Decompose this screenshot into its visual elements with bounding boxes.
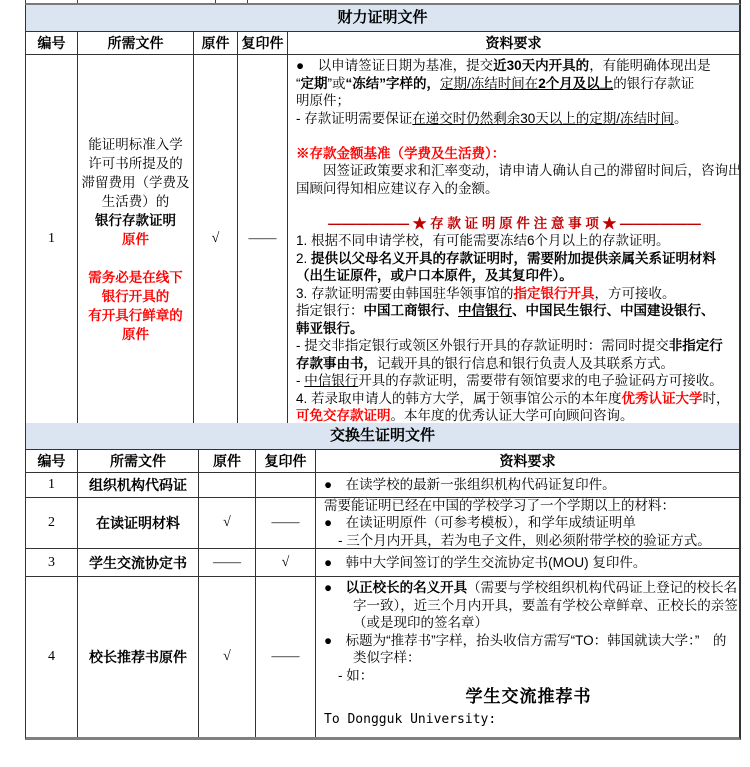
section-title-financial: 财力证明文件 — [26, 5, 739, 32]
text-line: 许可书所提及的 — [78, 154, 193, 173]
text-line: 存款事由书，记载开具的银行信息和银行负责人及其联系方式。 — [296, 355, 733, 373]
original-check-cell: —— — [199, 549, 256, 576]
document-name-cell: 能证明标准入学许可书所提及的滞留费用（学费及生活费）的银行存款证明原件 需务必是… — [78, 55, 194, 423]
text-line: 3. 存款证明需要由韩国驻华领事馆的指定银行开具，方可接收。 — [296, 285, 733, 303]
text-line: 原件 — [78, 230, 193, 249]
table2-header-row: 编号 所需文件 原件 复印件 资料要求 — [26, 450, 739, 473]
text-line: To Dongguk University: — [324, 710, 733, 729]
table-row: 1 能证明标准入学许可书所提及的滞留费用（学费及生活费）的银行存款证明原件 需务… — [26, 55, 739, 423]
text-line: 需要能证明已经在中国的学校学习了一个学期以上的材料： — [324, 498, 733, 514]
requirements-cell: ● 以正校长的名义开具（需要与学校组织机构代码证上登记的校长名字一致），近三个月… — [316, 577, 739, 737]
col-header-original: 原件 — [194, 32, 238, 54]
text-line: （或是现印的签名章） — [324, 614, 733, 632]
text-line: - 存款证明需要保证在递交时仍然剩余30天以上的定期/冻结时间。 — [296, 110, 733, 128]
text-line: 银行存款证明 — [78, 211, 193, 230]
text-line: 原件 — [78, 325, 193, 344]
text-line: - 提交非指定银行或领区外银行开具的存款证明时：需同时提交非指定行 — [296, 337, 733, 355]
table-row: 4 校长推荐书原件 √ —— ● 以正校长的名义开具（需要与学校组织机构代码证上… — [26, 577, 739, 737]
text-line: 明原件； — [296, 92, 733, 110]
text-line: 学生交流推荐书 — [324, 684, 733, 710]
text-line: ● 韩中大学间签订的学生交流协定书(MOU) 复印件。 — [324, 554, 733, 572]
column-divider — [215, 0, 216, 3]
col-header-number: 编号 — [26, 450, 78, 472]
text-line: ● 以申请签证日期为基准，提交近30天内开具的，有能明确体现出是 — [296, 57, 733, 75]
text-line: 国顾问得知相应建议存入的金额。 — [296, 180, 733, 198]
text-line: ※存款金额基准（学费及生活费）： — [296, 145, 733, 163]
text-line: ● 以正校长的名义开具（需要与学校组织机构代码证上登记的校长名 — [324, 579, 733, 597]
copy-check-cell: √ — [256, 549, 316, 576]
text-line: ● 标题为“推荐书”字样，抬头收信方需写“TO：韩国就读大学：” 的 — [324, 632, 733, 650]
copy-check-cell: —— — [256, 577, 316, 737]
text-line: 滞留费用（学费及 — [78, 173, 193, 192]
text-line — [296, 127, 733, 145]
table-exchange-student-proof: 交换生证明文件 编号 所需文件 原件 复印件 资料要求 1 组织机构代码证 ● … — [25, 423, 741, 740]
text-line: 指定银行：中国工商银行、中信银行、中国民生银行、中国建设银行、 — [296, 302, 733, 320]
document-name-cell: 校长推荐书原件 — [78, 577, 199, 737]
document-name-cell: 学生交流协定书 — [78, 549, 199, 576]
row-number-cell: 3 — [26, 549, 78, 576]
text-line: “定期”或“冻结”字样的，定期/冻结时间在2个月及以上的银行存款证 — [296, 75, 733, 93]
previous-table-fragment — [25, 0, 741, 5]
text-line: 银行开具的 — [78, 287, 193, 306]
table-row: 1 组织机构代码证 ● 在读学校的最新一张组织机构代码证复印件。 — [26, 473, 739, 498]
requirements-cell: 需要能证明已经在中国的学校学习了一个学期以上的材料：● 在读证明原件（可参考模板… — [316, 498, 739, 548]
row-number-cell: 1 — [26, 55, 78, 423]
original-check-cell: √ — [194, 55, 238, 423]
table-row: 3 学生交流协定书 —— √ ● 韩中大学间签订的学生交流协定书(MOU) 复印… — [26, 549, 739, 577]
text-line: 有开具行鲜章的 — [78, 306, 193, 325]
text-line: ● 在读证明原件（可参考模板），和学年成绩证明单 — [324, 514, 733, 532]
original-check-cell: √ — [199, 577, 256, 737]
document: 财力证明文件 编号 所需文件 原件 复印件 资料要求 1 能证明标准入学许可书所… — [25, 0, 741, 740]
text-line: - 如： — [324, 667, 733, 685]
text-line: —————— ★ 存 款 证 明 原 件 注 意 事 项 ★ —————— — [296, 215, 733, 233]
document-name-cell: 组织机构代码证 — [78, 473, 199, 497]
text-line: 4. 若录取申请人的韩方大学，属于领事馆公示的本年度优秀认证大学时， — [296, 390, 733, 408]
text-line: 生活费）的 — [78, 192, 193, 211]
table1-header-row: 编号 所需文件 原件 复印件 资料要求 — [26, 32, 739, 55]
document-name-cell: 在读证明材料 — [78, 498, 199, 548]
original-check-cell — [199, 473, 256, 497]
text-line — [78, 249, 193, 268]
table-financial-proof: 财力证明文件 编号 所需文件 原件 复印件 资料要求 1 能证明标准入学许可书所… — [25, 5, 741, 423]
requirements-cell: ● 在读学校的最新一张组织机构代码证复印件。 — [316, 473, 739, 497]
copy-check-cell: —— — [238, 55, 288, 423]
col-header-requirements: 资料要求 — [288, 32, 739, 54]
text-line: 2. 提供以父母名义开具的存款证明时，需要附加提供亲属关系证明材料 — [296, 250, 733, 268]
requirements-cell: ● 以申请签证日期为基准，提交近30天内开具的，有能明确体现出是“定期”或“冻结… — [288, 55, 739, 423]
text-line: （出生证原件，或户口本原件，及其复印件）。 — [296, 267, 733, 285]
col-header-copy: 复印件 — [238, 32, 288, 54]
col-header-copy: 复印件 — [256, 450, 316, 472]
text-line: ● 在读学校的最新一张组织机构代码证复印件。 — [324, 476, 733, 494]
column-divider — [247, 0, 248, 3]
text-line: - 中信银行开具的存款证明，需要带有领馆要求的电子验证码方可接收。 — [296, 372, 733, 390]
col-header-original: 原件 — [199, 450, 256, 472]
text-line: 可免交存款证明。本年度的优秀认证大学可向顾问咨询。 — [296, 407, 733, 423]
column-divider — [77, 0, 78, 3]
original-check-cell: √ — [199, 498, 256, 548]
text-line: 类似字样： — [324, 649, 733, 667]
requirements-cell: ● 韩中大学间签订的学生交流协定书(MOU) 复印件。 — [316, 549, 739, 576]
row-number-cell: 4 — [26, 577, 78, 737]
col-header-document: 所需文件 — [78, 32, 194, 54]
table-row: 2 在读证明材料 √ —— 需要能证明已经在中国的学校学习了一个学期以上的材料：… — [26, 498, 739, 549]
text-line: 字一致），近三个月内开具，要盖有学校公章鲜章、正校长的亲签 — [324, 597, 733, 615]
text-line: - 三个月内开具，若为电子文件，则必须附带学校的验证方式。 — [324, 532, 733, 548]
copy-check-cell — [256, 473, 316, 497]
text-line: 1. 根据不同申请学校，有可能需要冻结6个月以上的存款证明。 — [296, 232, 733, 250]
row-number-cell: 1 — [26, 473, 78, 497]
section-title-exchange: 交换生证明文件 — [26, 423, 739, 450]
text-line: 需务必是在线下 — [78, 268, 193, 287]
col-header-document: 所需文件 — [78, 450, 199, 472]
col-header-number: 编号 — [26, 32, 78, 54]
text-line: 能证明标准入学 — [78, 135, 193, 154]
text-line — [296, 197, 733, 215]
text-line: 因签证政策要求和汇率变动，请申请人确认自己的滞留时间后，咨询出 — [296, 162, 733, 180]
copy-check-cell: —— — [256, 498, 316, 548]
row-number-cell: 2 — [26, 498, 78, 548]
col-header-requirements: 资料要求 — [316, 450, 739, 472]
text-line: 韩亚银行。 — [296, 320, 733, 338]
